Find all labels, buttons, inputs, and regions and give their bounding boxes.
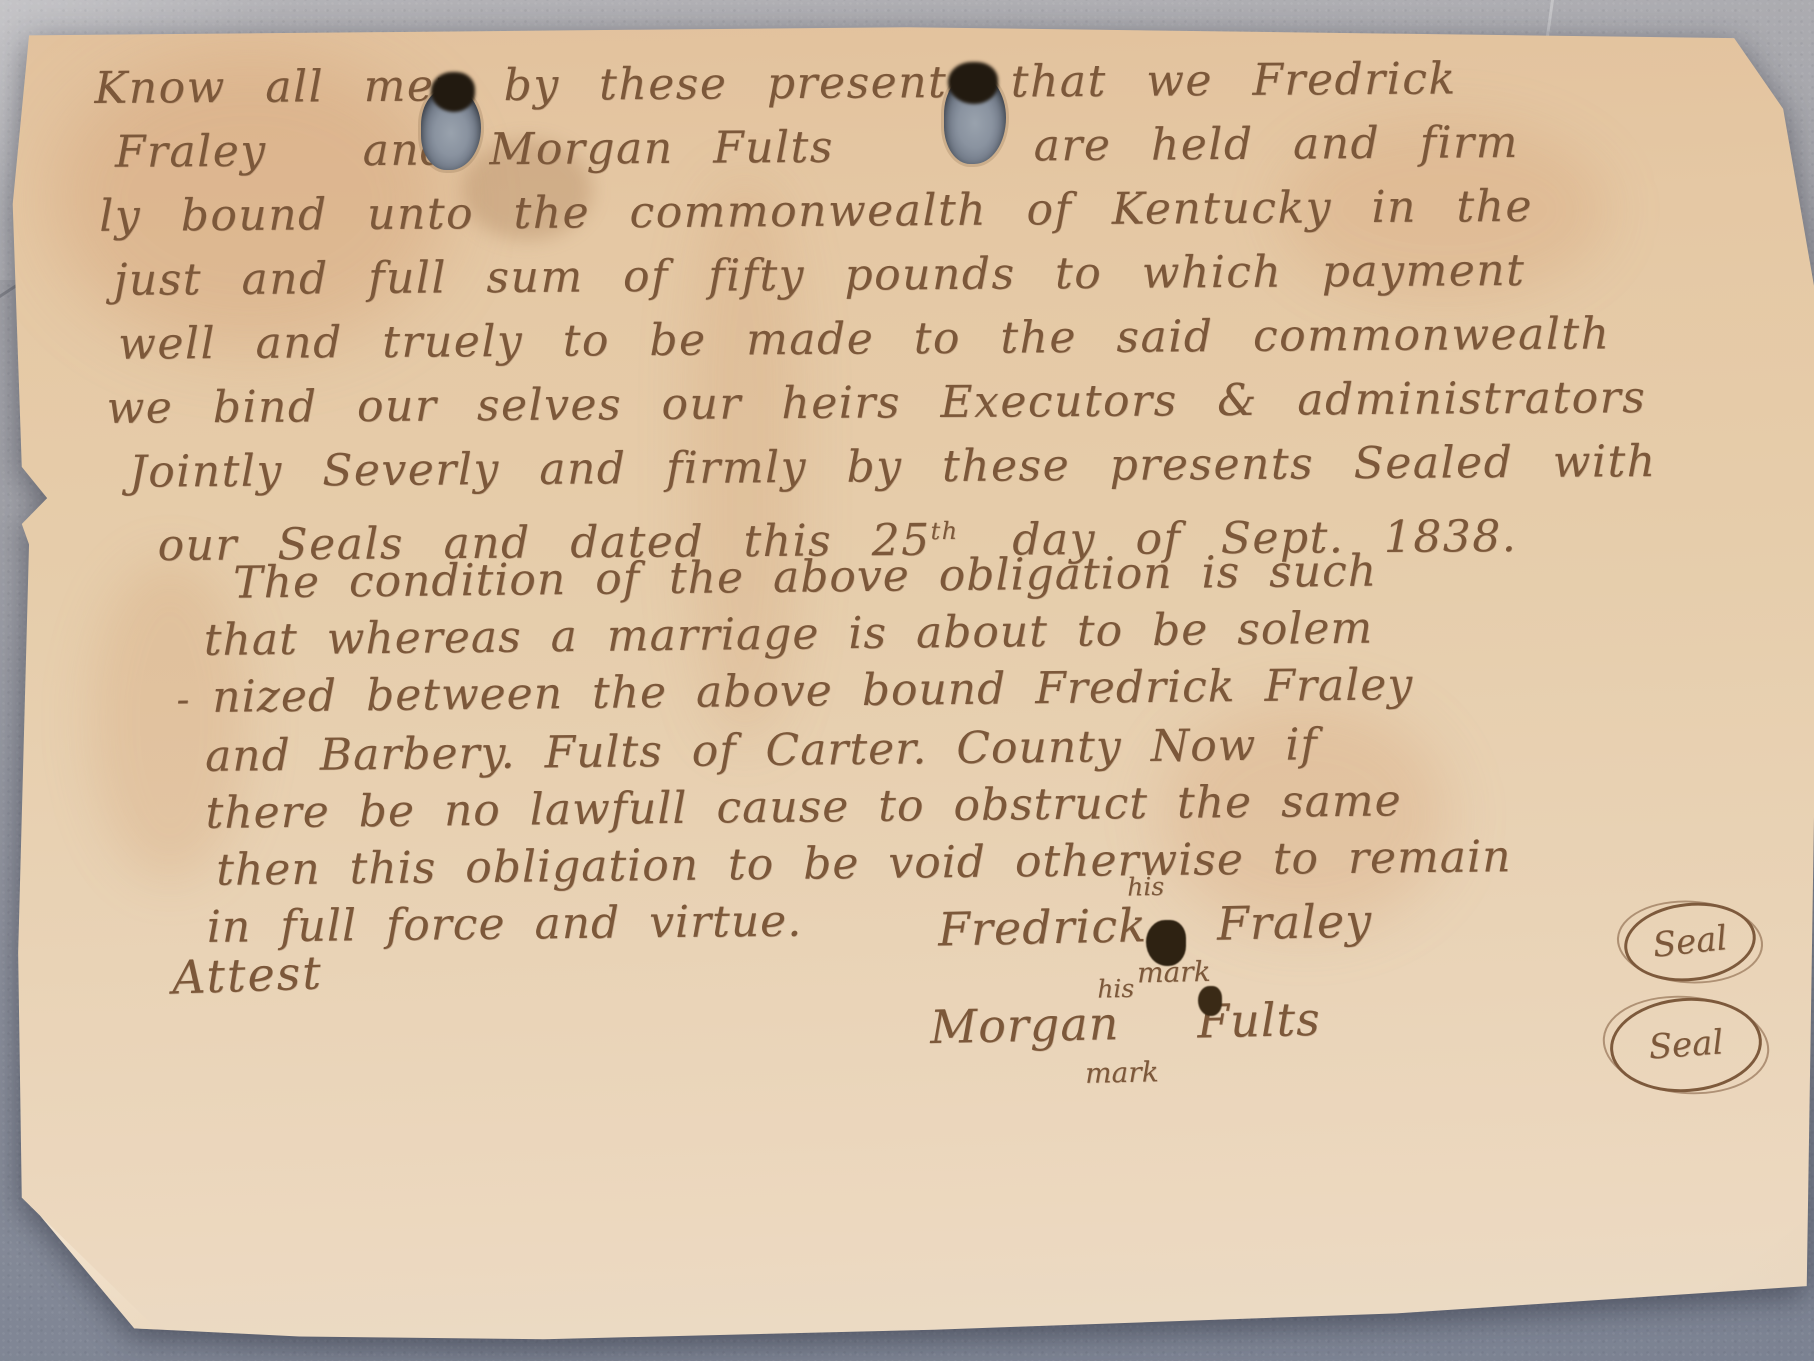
manuscript-line: we bind our selves our heirs Executors &… [106, 367, 1520, 441]
manuscript-text: nized between the above bound Fredrick F… [212, 659, 1413, 723]
name-fraley: Fraley [115, 120, 267, 185]
manuscript-line: Fraley and Morgan Fults are held and fir… [115, 111, 1519, 185]
signature-family-name: Fraley [1216, 893, 1372, 950]
manuscript-line: ly bound unto the commonwealth of Kentuc… [99, 175, 1519, 249]
manuscript-text: are held and firm [1033, 111, 1519, 178]
seal-icon: Seal [1620, 896, 1759, 987]
his-label: his [1097, 974, 1135, 1004]
ink-blot [1198, 986, 1222, 1016]
manuscript-line: Know all men by these presents that we F… [94, 47, 1518, 121]
signature-given-name: Fredrick [937, 898, 1147, 956]
ink-blot [1146, 920, 1186, 966]
ordinal-superscript: th [930, 517, 958, 545]
signature-given-name: Morgan [929, 996, 1119, 1054]
mark-label: mark [1085, 1055, 1159, 1090]
document-paper-wrap: Know all men by these presents that we F… [0, 0, 1814, 1361]
his-label: his [1127, 872, 1165, 902]
signature-morgan-fults: MorganFults his mark [929, 992, 1321, 1054]
corner-fold [30, 1200, 168, 1340]
manuscript-line: Jointly Severly and firmly by these pres… [129, 431, 1521, 505]
manuscript-line: well and truely to be made to the said c… [118, 303, 1520, 377]
manuscript-line: just and full sum of fifty pounds to whi… [114, 239, 1520, 313]
seal-icon: Seal [1607, 993, 1765, 1097]
seal-text: Seal [1647, 1022, 1724, 1067]
opening-paragraph: Know all men by these presents that we F… [86, 47, 1522, 579]
document-paper: Know all men by these presents that we F… [0, 0, 1814, 1361]
photo-backdrop: Know all men by these presents that we F… [0, 0, 1814, 1361]
seal-text: Seal [1651, 918, 1729, 966]
hyphen-mark: - [176, 677, 190, 721]
attest-label: Attest [171, 945, 323, 1004]
